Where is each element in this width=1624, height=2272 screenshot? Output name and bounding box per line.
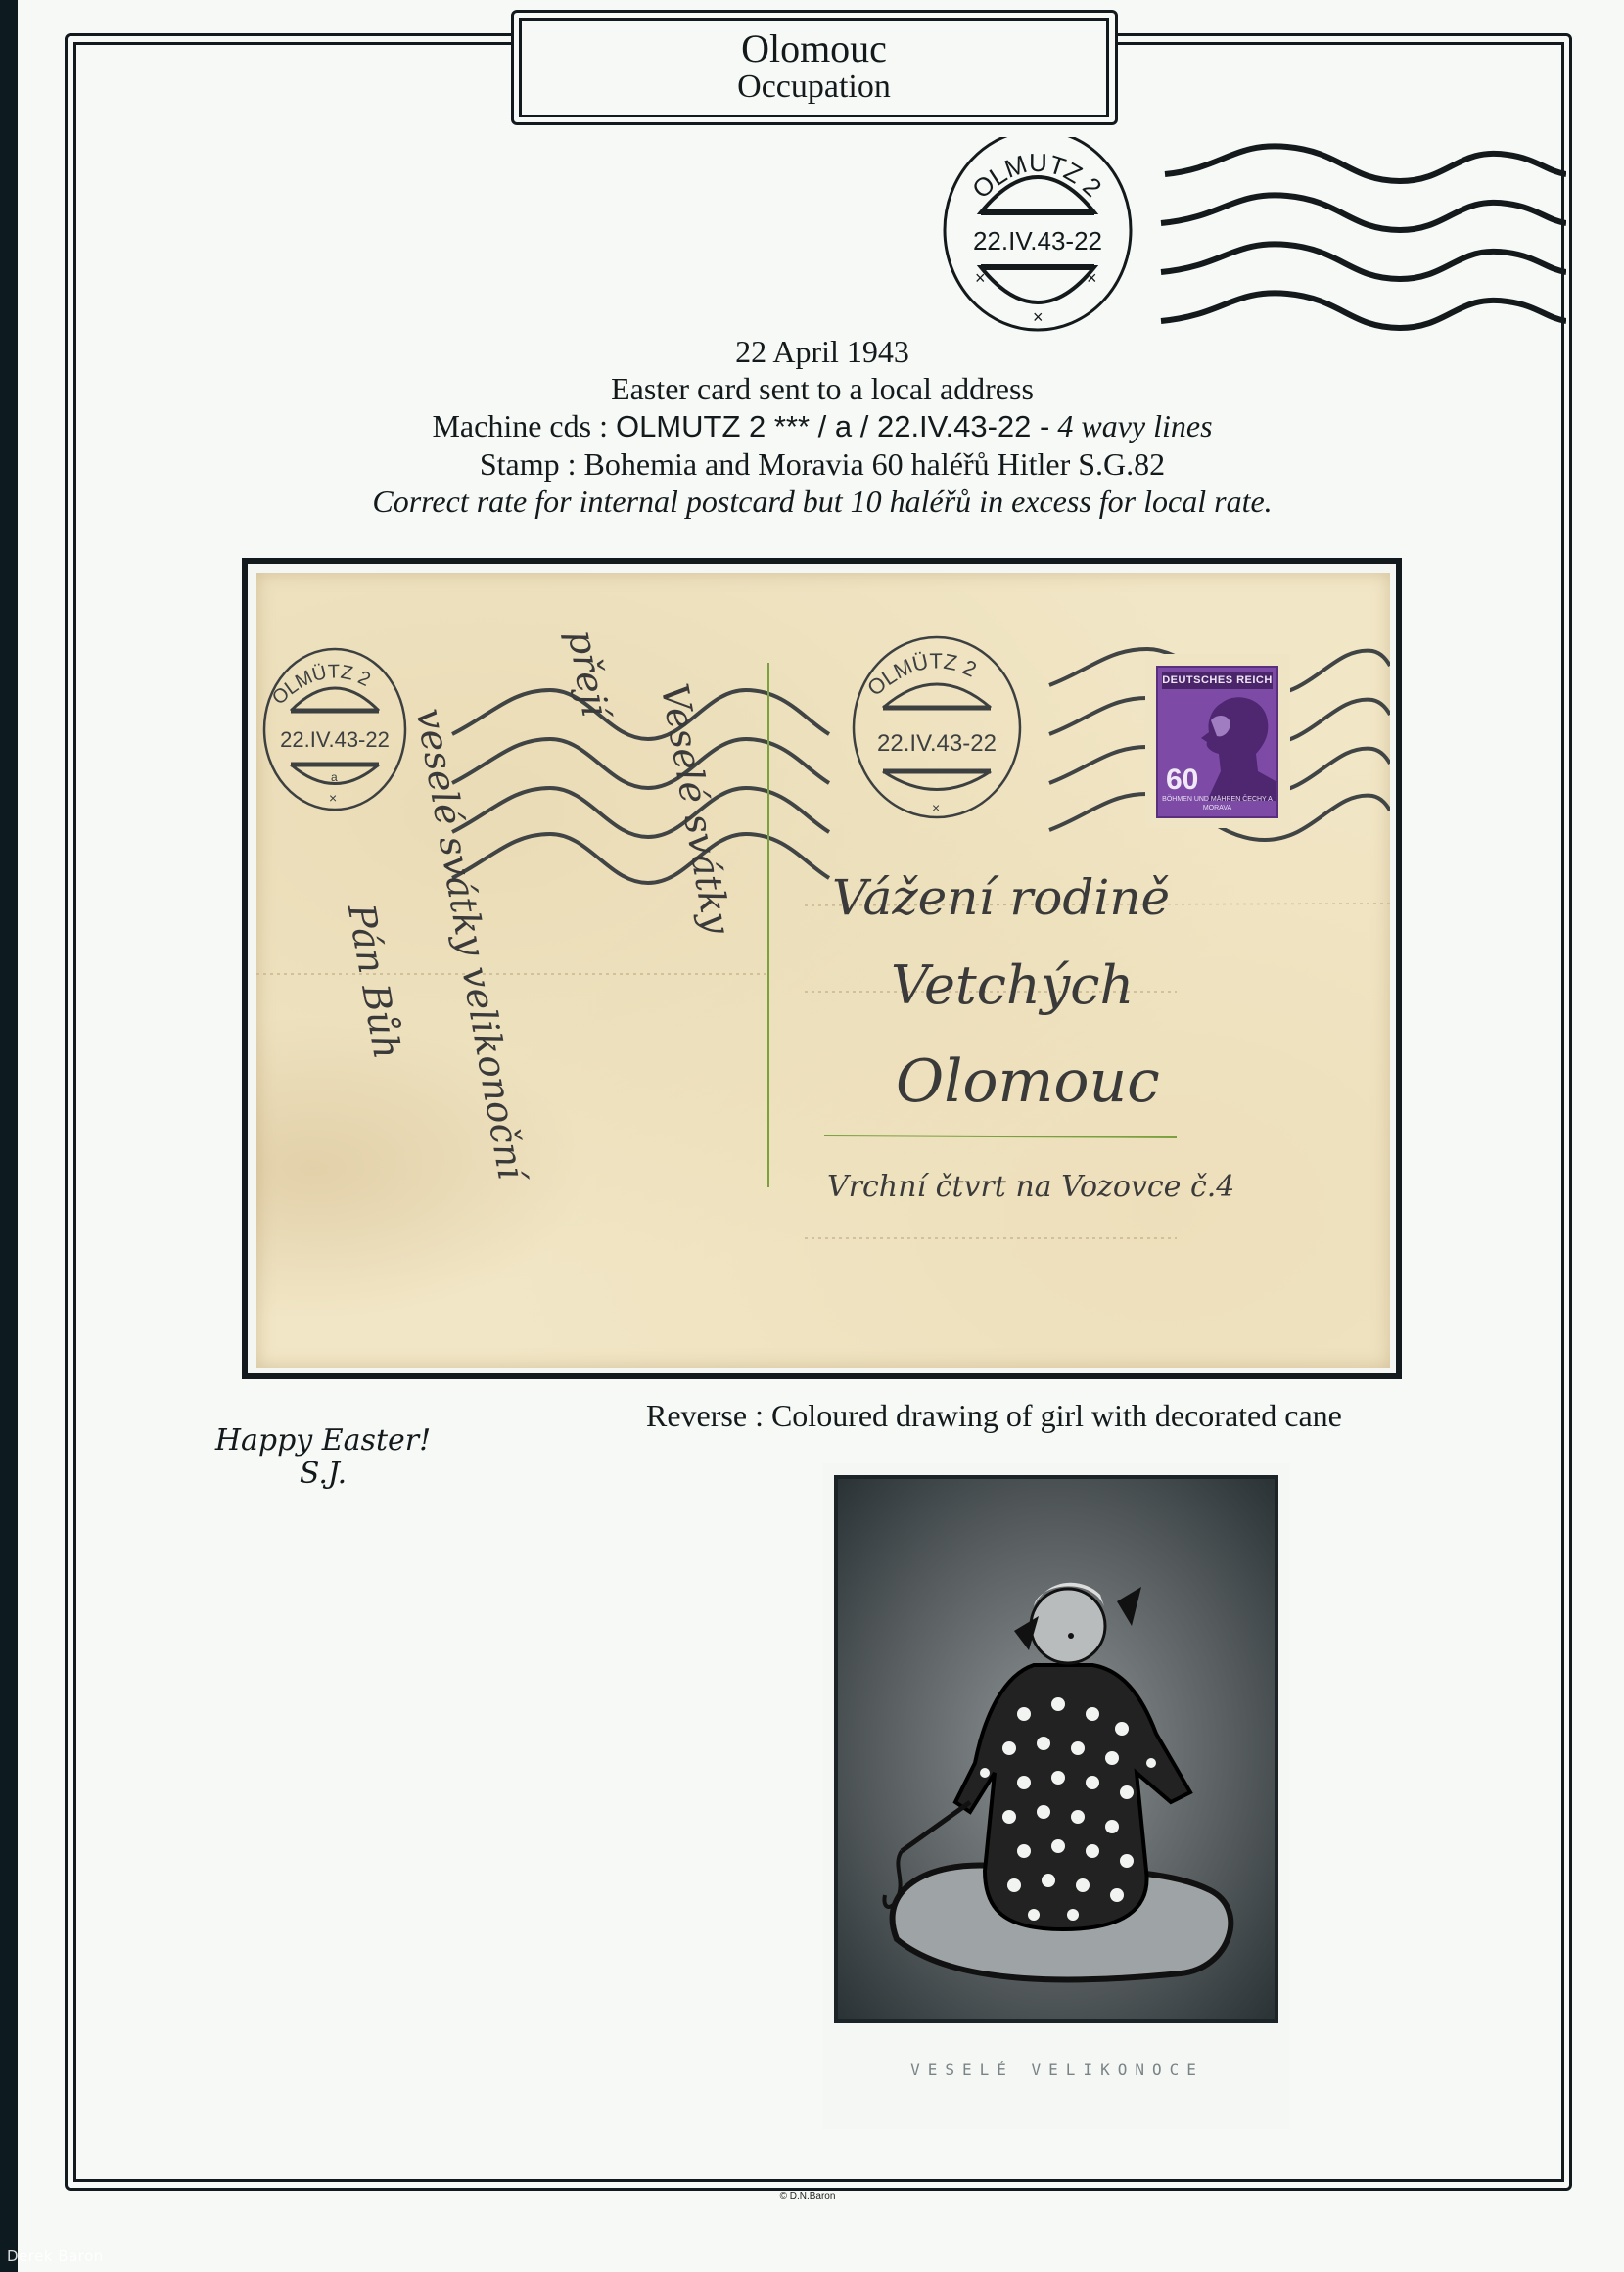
page-title: Olomouc bbox=[741, 29, 887, 69]
cancel-value: OLMUTZ 2 *** / a / 22.IV.43-22 - bbox=[616, 409, 1049, 443]
svg-text:22.IV.43-22: 22.IV.43-22 bbox=[280, 727, 390, 752]
watermark: Derek Baron bbox=[7, 2248, 104, 2265]
svg-text:×: × bbox=[932, 800, 940, 815]
description-cancel: Machine cds : OLMUTZ 2 *** / a / 22.IV.4… bbox=[78, 407, 1566, 445]
page-subtitle: Occupation bbox=[737, 69, 891, 106]
description-stamp: Stamp : Bohemia and Moravia 60 haléřů Hi… bbox=[78, 445, 1566, 483]
address-line-3: Olomouc bbox=[896, 1047, 1160, 1116]
title-box-inner: Olomouc Occupation bbox=[519, 18, 1109, 117]
svg-text:×: × bbox=[329, 790, 337, 806]
svg-text:×: × bbox=[1087, 268, 1097, 288]
svg-text:a: a bbox=[331, 770, 338, 784]
description-summary: Easter card sent to a local address bbox=[78, 370, 1566, 407]
description-date: 22 April 1943 bbox=[78, 333, 1566, 370]
greeting-text: Happy Easter! bbox=[201, 1424, 445, 1458]
reverse-caption: Reverse : Coloured drawing of girl with … bbox=[646, 1398, 1342, 1434]
address-line-2: Vetchých bbox=[891, 954, 1134, 1016]
cancel-label: Machine cds : bbox=[432, 408, 608, 443]
description-rate-note: Correct rate for internal postcard but 1… bbox=[78, 483, 1566, 520]
scan-edge-strip bbox=[0, 0, 18, 2272]
copyright: © D.N.Baron bbox=[685, 2191, 930, 2202]
girl-with-cane-drawing-icon bbox=[838, 1479, 1275, 2019]
svg-text:22.IV.43-22: 22.IV.43-22 bbox=[877, 730, 997, 757]
reverse-printed-caption: VESELÉ VELIKONOCE bbox=[852, 2061, 1263, 2079]
address-line-4: Vrchní čtvrt na Vozovce č.4 bbox=[827, 1170, 1234, 1204]
svg-text:OLMÜTZ 2: OLMÜTZ 2 bbox=[268, 661, 374, 709]
stamp-value: 60 bbox=[1166, 764, 1198, 797]
postmark-drawing-icon: OLMUTZ 2 22.IV.43-22 × × × bbox=[940, 137, 1566, 333]
greeting-signature: S.J. bbox=[201, 1458, 445, 1491]
svg-text:OLMÜTZ 2: OLMÜTZ 2 bbox=[862, 648, 980, 700]
svg-text:22.IV.43-22: 22.IV.43-22 bbox=[973, 226, 1102, 255]
greeting: Happy Easter! S.J. bbox=[201, 1424, 445, 1491]
svg-text:×: × bbox=[1033, 307, 1044, 327]
svg-text:×: × bbox=[975, 268, 986, 288]
cancel-note: 4 wavy lines bbox=[1057, 408, 1212, 443]
portrait-icon bbox=[1197, 693, 1276, 801]
stamp-inscription: BÖHMEN UND MÄHREN ČECHY A MORAVA bbox=[1162, 795, 1273, 812]
description-block: 22 April 1943 Easter card sent to a loca… bbox=[78, 333, 1566, 520]
address-line-1: Vážení rodině bbox=[832, 869, 1170, 926]
postmark-illustration: OLMUTZ 2 22.IV.43-22 × × × bbox=[940, 137, 1566, 338]
stamp-country: DEUTSCHES REICH bbox=[1162, 672, 1273, 689]
reverse-image: VESELÉ VELIKONOCE bbox=[822, 1463, 1290, 2129]
postage-stamp: DEUTSCHES REICH 60 BÖHMEN UND MÄHREN ČEC… bbox=[1145, 654, 1290, 828]
svg-text:OLMUTZ 2: OLMUTZ 2 bbox=[966, 148, 1107, 205]
